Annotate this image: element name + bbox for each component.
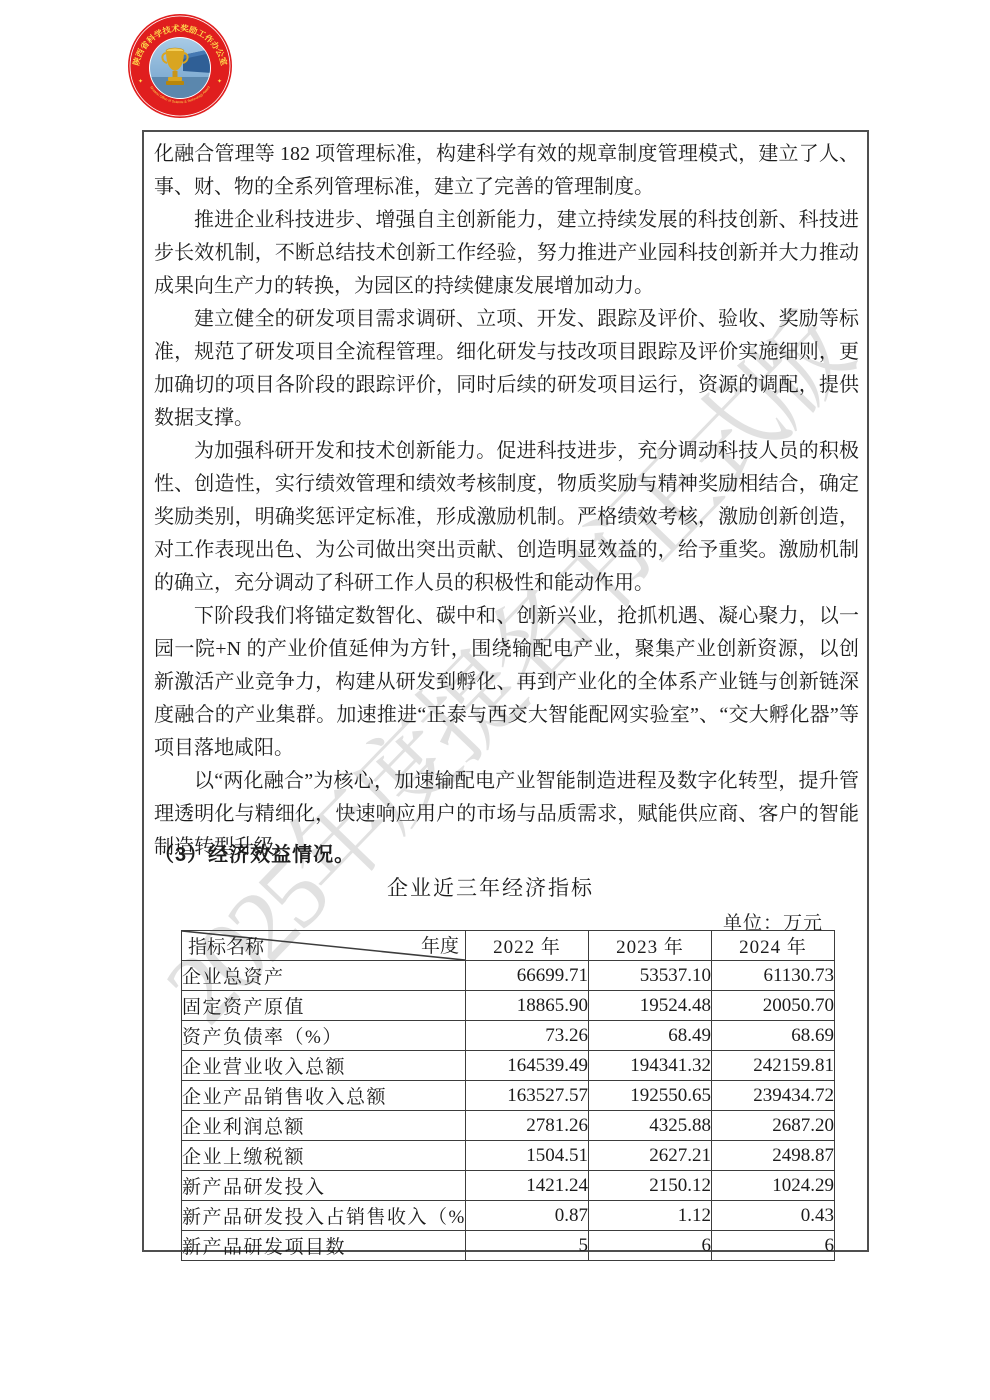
award-office-seal-logo: 陕西省科学技术奖励工作办公室 Shaanxi Office of Science… xyxy=(125,11,235,121)
svg-text:✦: ✦ xyxy=(138,78,143,85)
row-value-2024: 2687.20 xyxy=(712,1111,835,1141)
economic-indicators-table: 指标名称 年度 2022 年 2023 年 2024 年 企业总资产 66699… xyxy=(181,930,835,1261)
body-paragraphs: 化融合管理等 182 项管理标准，构建科学有效的规章制度管理模式，建立了人、事、… xyxy=(154,138,859,864)
row-value-2024: 2498.87 xyxy=(712,1141,835,1171)
header-corner-cell: 指标名称 年度 xyxy=(182,931,466,961)
row-label: 企业产品销售收入总额 xyxy=(182,1081,466,1111)
year-column-header: 2022 年 xyxy=(466,931,589,961)
row-label: 新产品研发项目数 xyxy=(182,1231,466,1261)
row-label: 新产品研发投入占销售收入（%） xyxy=(182,1201,466,1231)
row-value-2022: 1421.24 xyxy=(466,1171,589,1201)
row-label: 企业营业收入总额 xyxy=(182,1051,466,1081)
table-row: 资产负债率（%） 73.26 68.49 68.69 xyxy=(182,1021,835,1051)
row-value-2022: 5 xyxy=(466,1231,589,1261)
table-row: 企业产品销售收入总额 163527.57 192550.65 239434.72 xyxy=(182,1081,835,1111)
row-value-2024: 68.69 xyxy=(712,1021,835,1051)
corner-label-indicator: 指标名称 xyxy=(188,932,264,959)
row-value-2022: 163527.57 xyxy=(466,1081,589,1111)
table-row: 企业总资产 66699.71 53537.10 61130.73 xyxy=(182,961,835,991)
row-value-2023: 194341.32 xyxy=(589,1051,712,1081)
row-value-2023: 68.49 xyxy=(589,1021,712,1051)
paragraph: 建立健全的研发项目需求调研、立项、开发、跟踪及评价、验收、奖励等标准，规范了研发… xyxy=(154,303,859,435)
row-value-2024: 20050.70 xyxy=(712,991,835,1021)
row-label: 资产负债率（%） xyxy=(182,1021,466,1051)
row-value-2023: 19524.48 xyxy=(589,991,712,1021)
table-row: 固定资产原值 18865.90 19524.48 20050.70 xyxy=(182,991,835,1021)
table-row: 企业营业收入总额 164539.49 194341.32 242159.81 xyxy=(182,1051,835,1081)
row-value-2022: 2781.26 xyxy=(466,1111,589,1141)
row-value-2024: 1024.29 xyxy=(712,1171,835,1201)
row-value-2024: 0.43 xyxy=(712,1201,835,1231)
svg-text:✦: ✦ xyxy=(217,78,222,85)
seal-icon: 陕西省科学技术奖励工作办公室 Shaanxi Office of Science… xyxy=(125,11,235,121)
row-value-2023: 1.12 xyxy=(589,1201,712,1231)
row-value-2023: 2150.12 xyxy=(589,1171,712,1201)
table-header-row: 指标名称 年度 2022 年 2023 年 2024 年 xyxy=(182,931,835,961)
row-value-2023: 6 xyxy=(589,1231,712,1261)
row-label: 新产品研发投入 xyxy=(182,1171,466,1201)
row-label: 企业上缴税额 xyxy=(182,1141,466,1171)
table-row: 新产品研发投入 1421.24 2150.12 1024.29 xyxy=(182,1171,835,1201)
row-value-2023: 4325.88 xyxy=(589,1111,712,1141)
row-value-2022: 0.87 xyxy=(466,1201,589,1231)
year-column-header: 2024 年 xyxy=(712,931,835,961)
row-value-2023: 192550.65 xyxy=(589,1081,712,1111)
row-value-2023: 53537.10 xyxy=(589,961,712,991)
page-content-frame: 化融合管理等 182 项管理标准，构建科学有效的规章制度管理模式，建立了人、事、… xyxy=(142,130,869,1252)
row-label: 企业总资产 xyxy=(182,961,466,991)
table-row: 新产品研发项目数 5 6 6 xyxy=(182,1231,835,1261)
row-value-2023: 2627.21 xyxy=(589,1141,712,1171)
table-row: 企业利润总额 2781.26 4325.88 2687.20 xyxy=(182,1111,835,1141)
row-value-2024: 242159.81 xyxy=(712,1051,835,1081)
row-value-2022: 1504.51 xyxy=(466,1141,589,1171)
year-column-header: 2023 年 xyxy=(589,931,712,961)
paragraph: 推进企业科技进步、增强自主创新能力，建立持续发展的科技创新、科技进步长效机制，不… xyxy=(154,204,859,303)
paragraph: 为加强科研开发和技术创新能力。促进科技进步，充分调动科技人员的积极性、创造性，实… xyxy=(154,435,859,600)
paragraph: 下阶段我们将锚定数智化、碳中和、创新兴业，抢抓机遇、凝心聚力，以一园一院+N 的… xyxy=(154,600,859,765)
table-row: 新产品研发投入占销售收入（%） 0.87 1.12 0.43 xyxy=(182,1201,835,1231)
row-value-2022: 164539.49 xyxy=(466,1051,589,1081)
row-value-2024: 6 xyxy=(712,1231,835,1261)
table-title: 企业近三年经济指标 xyxy=(144,872,837,902)
row-value-2022: 66699.71 xyxy=(466,961,589,991)
row-value-2022: 18865.90 xyxy=(466,991,589,1021)
corner-label-year: 年度 xyxy=(421,931,459,958)
row-value-2022: 73.26 xyxy=(466,1021,589,1051)
paragraph: 化融合管理等 182 项管理标准，构建科学有效的规章制度管理模式，建立了人、事、… xyxy=(154,138,859,204)
section-heading: （3）经济效益情况。 xyxy=(154,838,355,867)
row-value-2024: 61130.73 xyxy=(712,961,835,991)
row-label: 企业利润总额 xyxy=(182,1111,466,1141)
table-row: 企业上缴税额 1504.51 2627.21 2498.87 xyxy=(182,1141,835,1171)
row-value-2024: 239434.72 xyxy=(712,1081,835,1111)
row-label: 固定资产原值 xyxy=(182,991,466,1021)
